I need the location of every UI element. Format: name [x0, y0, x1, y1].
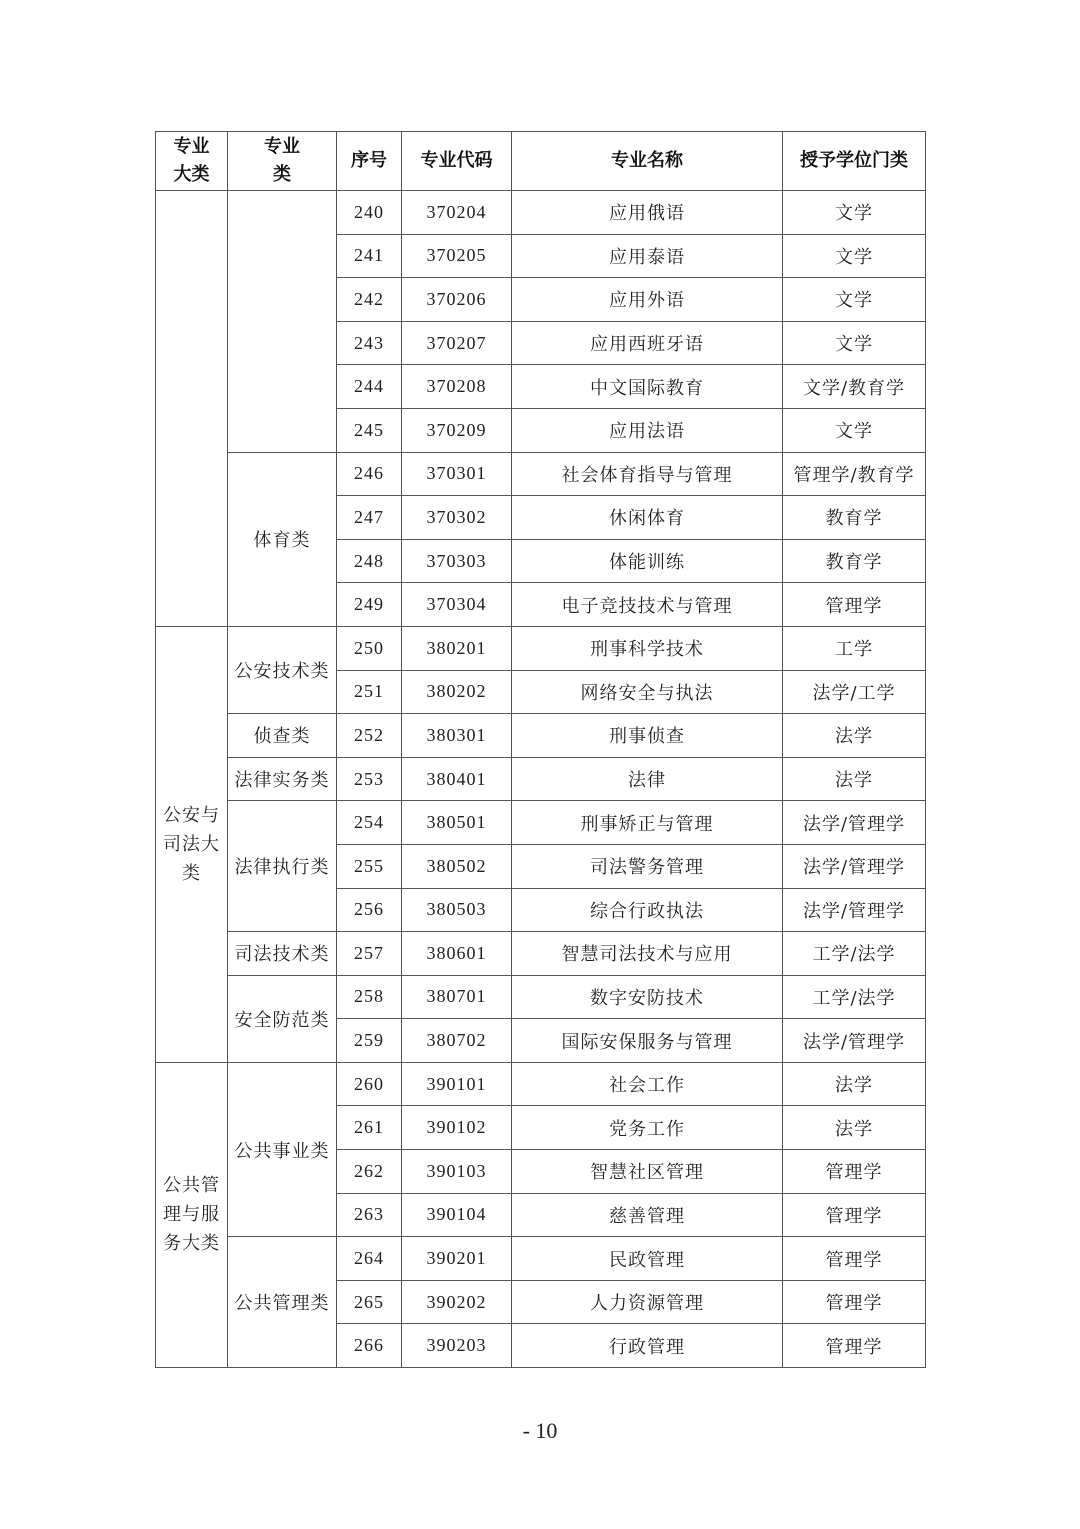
code-cell: 370208	[402, 365, 512, 409]
document-page: 专业 大类 专业 类 序号 专业代码 专业名称 授予学位门类 240370204…	[0, 0, 1080, 1529]
name-cell: 应用泰语	[512, 234, 783, 278]
name-cell: 慈善管理	[512, 1193, 783, 1237]
table-row: 司法技术类257380601智慧司法技术与应用工学/法学	[156, 932, 926, 976]
table-row: 体育类246370301社会体育指导与管理管理学/教育学	[156, 452, 926, 496]
seq-cell: 265	[337, 1280, 402, 1324]
name-cell: 应用法语	[512, 408, 783, 452]
name-cell: 行政管理	[512, 1324, 783, 1368]
seq-cell: 253	[337, 757, 402, 801]
table-body: 240370204应用俄语文学241370205应用泰语文学242370206应…	[156, 191, 926, 1368]
seq-cell: 242	[337, 278, 402, 322]
degree-cell: 教育学	[783, 539, 926, 583]
degree-cell: 工学/法学	[783, 932, 926, 976]
seq-cell: 263	[337, 1193, 402, 1237]
major-category-cell: 公安与 司法大 类	[156, 626, 228, 1062]
table-row: 安全防范类258380701数字安防技术工学/法学	[156, 975, 926, 1019]
code-cell: 370204	[402, 191, 512, 235]
code-cell: 390103	[402, 1150, 512, 1194]
name-cell: 社会工作	[512, 1062, 783, 1106]
table-row: 法律执行类254380501刑事矫正与管理法学/管理学	[156, 801, 926, 845]
code-cell: 380202	[402, 670, 512, 714]
code-cell: 370206	[402, 278, 512, 322]
header-name: 专业名称	[512, 132, 783, 191]
table-row: 公共管 理与服 务大类公共事业类260390101社会工作法学	[156, 1062, 926, 1106]
code-cell: 380503	[402, 888, 512, 932]
name-cell: 国际安保服务与管理	[512, 1019, 783, 1063]
table-row: 公共管理类264390201民政管理管理学	[156, 1237, 926, 1281]
sub-category-cell	[228, 191, 337, 453]
seq-cell: 261	[337, 1106, 402, 1150]
major-category-cell: 公共管 理与服 务大类	[156, 1062, 228, 1367]
degree-cell: 管理学	[783, 1280, 926, 1324]
code-cell: 390201	[402, 1237, 512, 1281]
degree-cell: 文学	[783, 234, 926, 278]
degree-cell: 工学/法学	[783, 975, 926, 1019]
name-cell: 刑事科学技术	[512, 626, 783, 670]
seq-cell: 240	[337, 191, 402, 235]
seq-cell: 256	[337, 888, 402, 932]
code-cell: 380401	[402, 757, 512, 801]
name-cell: 社会体育指导与管理	[512, 452, 783, 496]
code-cell: 370205	[402, 234, 512, 278]
table-row: 法律实务类253380401法律法学	[156, 757, 926, 801]
header-degree: 授予学位门类	[783, 132, 926, 191]
major-category-cell	[156, 191, 228, 627]
degree-cell: 教育学	[783, 496, 926, 540]
degree-cell: 管理学	[783, 1150, 926, 1194]
name-cell: 司法警务管理	[512, 844, 783, 888]
seq-cell: 254	[337, 801, 402, 845]
code-cell: 370303	[402, 539, 512, 583]
degree-cell: 工学	[783, 626, 926, 670]
table-row: 240370204应用俄语文学	[156, 191, 926, 235]
code-cell: 380601	[402, 932, 512, 976]
seq-cell: 247	[337, 496, 402, 540]
seq-cell: 258	[337, 975, 402, 1019]
sub-category-cell: 公共管理类	[228, 1237, 337, 1368]
seq-cell: 246	[337, 452, 402, 496]
seq-cell: 264	[337, 1237, 402, 1281]
name-cell: 综合行政执法	[512, 888, 783, 932]
page-number: - 10	[0, 1418, 1080, 1444]
sub-category-cell: 安全防范类	[228, 975, 337, 1062]
seq-cell: 251	[337, 670, 402, 714]
seq-cell: 252	[337, 714, 402, 758]
code-cell: 370209	[402, 408, 512, 452]
seq-cell: 257	[337, 932, 402, 976]
seq-cell: 255	[337, 844, 402, 888]
code-cell: 370302	[402, 496, 512, 540]
name-cell: 体能训练	[512, 539, 783, 583]
table-header-row: 专业 大类 专业 类 序号 专业代码 专业名称 授予学位门类	[156, 132, 926, 191]
degree-cell: 文学	[783, 278, 926, 322]
seq-cell: 245	[337, 408, 402, 452]
name-cell: 电子竞技技术与管理	[512, 583, 783, 627]
degree-cell: 管理学	[783, 583, 926, 627]
degree-cell: 法学/管理学	[783, 844, 926, 888]
degree-cell: 管理学	[783, 1324, 926, 1368]
seq-cell: 266	[337, 1324, 402, 1368]
degree-cell: 法学	[783, 1106, 926, 1150]
code-cell: 370207	[402, 321, 512, 365]
degree-cell: 文学/教育学	[783, 365, 926, 409]
majors-table: 专业 大类 专业 类 序号 专业代码 专业名称 授予学位门类 240370204…	[155, 131, 926, 1368]
degree-cell: 法学/管理学	[783, 801, 926, 845]
sub-category-cell: 公共事业类	[228, 1062, 337, 1236]
degree-cell: 文学	[783, 321, 926, 365]
name-cell: 应用俄语	[512, 191, 783, 235]
code-cell: 390202	[402, 1280, 512, 1324]
sub-category-cell: 体育类	[228, 452, 337, 626]
name-cell: 人力资源管理	[512, 1280, 783, 1324]
name-cell: 应用外语	[512, 278, 783, 322]
seq-cell: 244	[337, 365, 402, 409]
sub-category-cell: 公安技术类	[228, 626, 337, 713]
code-cell: 390104	[402, 1193, 512, 1237]
code-cell: 380201	[402, 626, 512, 670]
code-cell: 380301	[402, 714, 512, 758]
degree-cell: 法学/管理学	[783, 1019, 926, 1063]
seq-cell: 262	[337, 1150, 402, 1194]
degree-cell: 管理学	[783, 1237, 926, 1281]
table-row: 侦查类252380301刑事侦查法学	[156, 714, 926, 758]
name-cell: 应用西班牙语	[512, 321, 783, 365]
name-cell: 数字安防技术	[512, 975, 783, 1019]
degree-cell: 管理学/教育学	[783, 452, 926, 496]
degree-cell: 文学	[783, 191, 926, 235]
code-cell: 390102	[402, 1106, 512, 1150]
seq-cell: 241	[337, 234, 402, 278]
code-cell: 380502	[402, 844, 512, 888]
name-cell: 休闲体育	[512, 496, 783, 540]
degree-cell: 文学	[783, 408, 926, 452]
header-seq: 序号	[337, 132, 402, 191]
name-cell: 法律	[512, 757, 783, 801]
sub-category-cell: 司法技术类	[228, 932, 337, 976]
code-cell: 380702	[402, 1019, 512, 1063]
name-cell: 刑事侦查	[512, 714, 783, 758]
code-cell: 380501	[402, 801, 512, 845]
degree-cell: 法学	[783, 1062, 926, 1106]
code-cell: 380701	[402, 975, 512, 1019]
code-cell: 390203	[402, 1324, 512, 1368]
header-major-category: 专业 大类	[156, 132, 228, 191]
header-sub-category: 专业 类	[228, 132, 337, 191]
seq-cell: 260	[337, 1062, 402, 1106]
seq-cell: 249	[337, 583, 402, 627]
degree-cell: 法学	[783, 757, 926, 801]
name-cell: 智慧社区管理	[512, 1150, 783, 1194]
seq-cell: 259	[337, 1019, 402, 1063]
degree-cell: 法学	[783, 714, 926, 758]
degree-cell: 法学/工学	[783, 670, 926, 714]
name-cell: 民政管理	[512, 1237, 783, 1281]
table-row: 公安与 司法大 类公安技术类250380201刑事科学技术工学	[156, 626, 926, 670]
seq-cell: 248	[337, 539, 402, 583]
name-cell: 党务工作	[512, 1106, 783, 1150]
sub-category-cell: 法律实务类	[228, 757, 337, 801]
code-cell: 370304	[402, 583, 512, 627]
code-cell: 370301	[402, 452, 512, 496]
name-cell: 刑事矫正与管理	[512, 801, 783, 845]
degree-cell: 管理学	[783, 1193, 926, 1237]
seq-cell: 243	[337, 321, 402, 365]
header-code: 专业代码	[402, 132, 512, 191]
name-cell: 网络安全与执法	[512, 670, 783, 714]
code-cell: 390101	[402, 1062, 512, 1106]
sub-category-cell: 侦查类	[228, 714, 337, 758]
sub-category-cell: 法律执行类	[228, 801, 337, 932]
degree-cell: 法学/管理学	[783, 888, 926, 932]
seq-cell: 250	[337, 626, 402, 670]
name-cell: 智慧司法技术与应用	[512, 932, 783, 976]
name-cell: 中文国际教育	[512, 365, 783, 409]
